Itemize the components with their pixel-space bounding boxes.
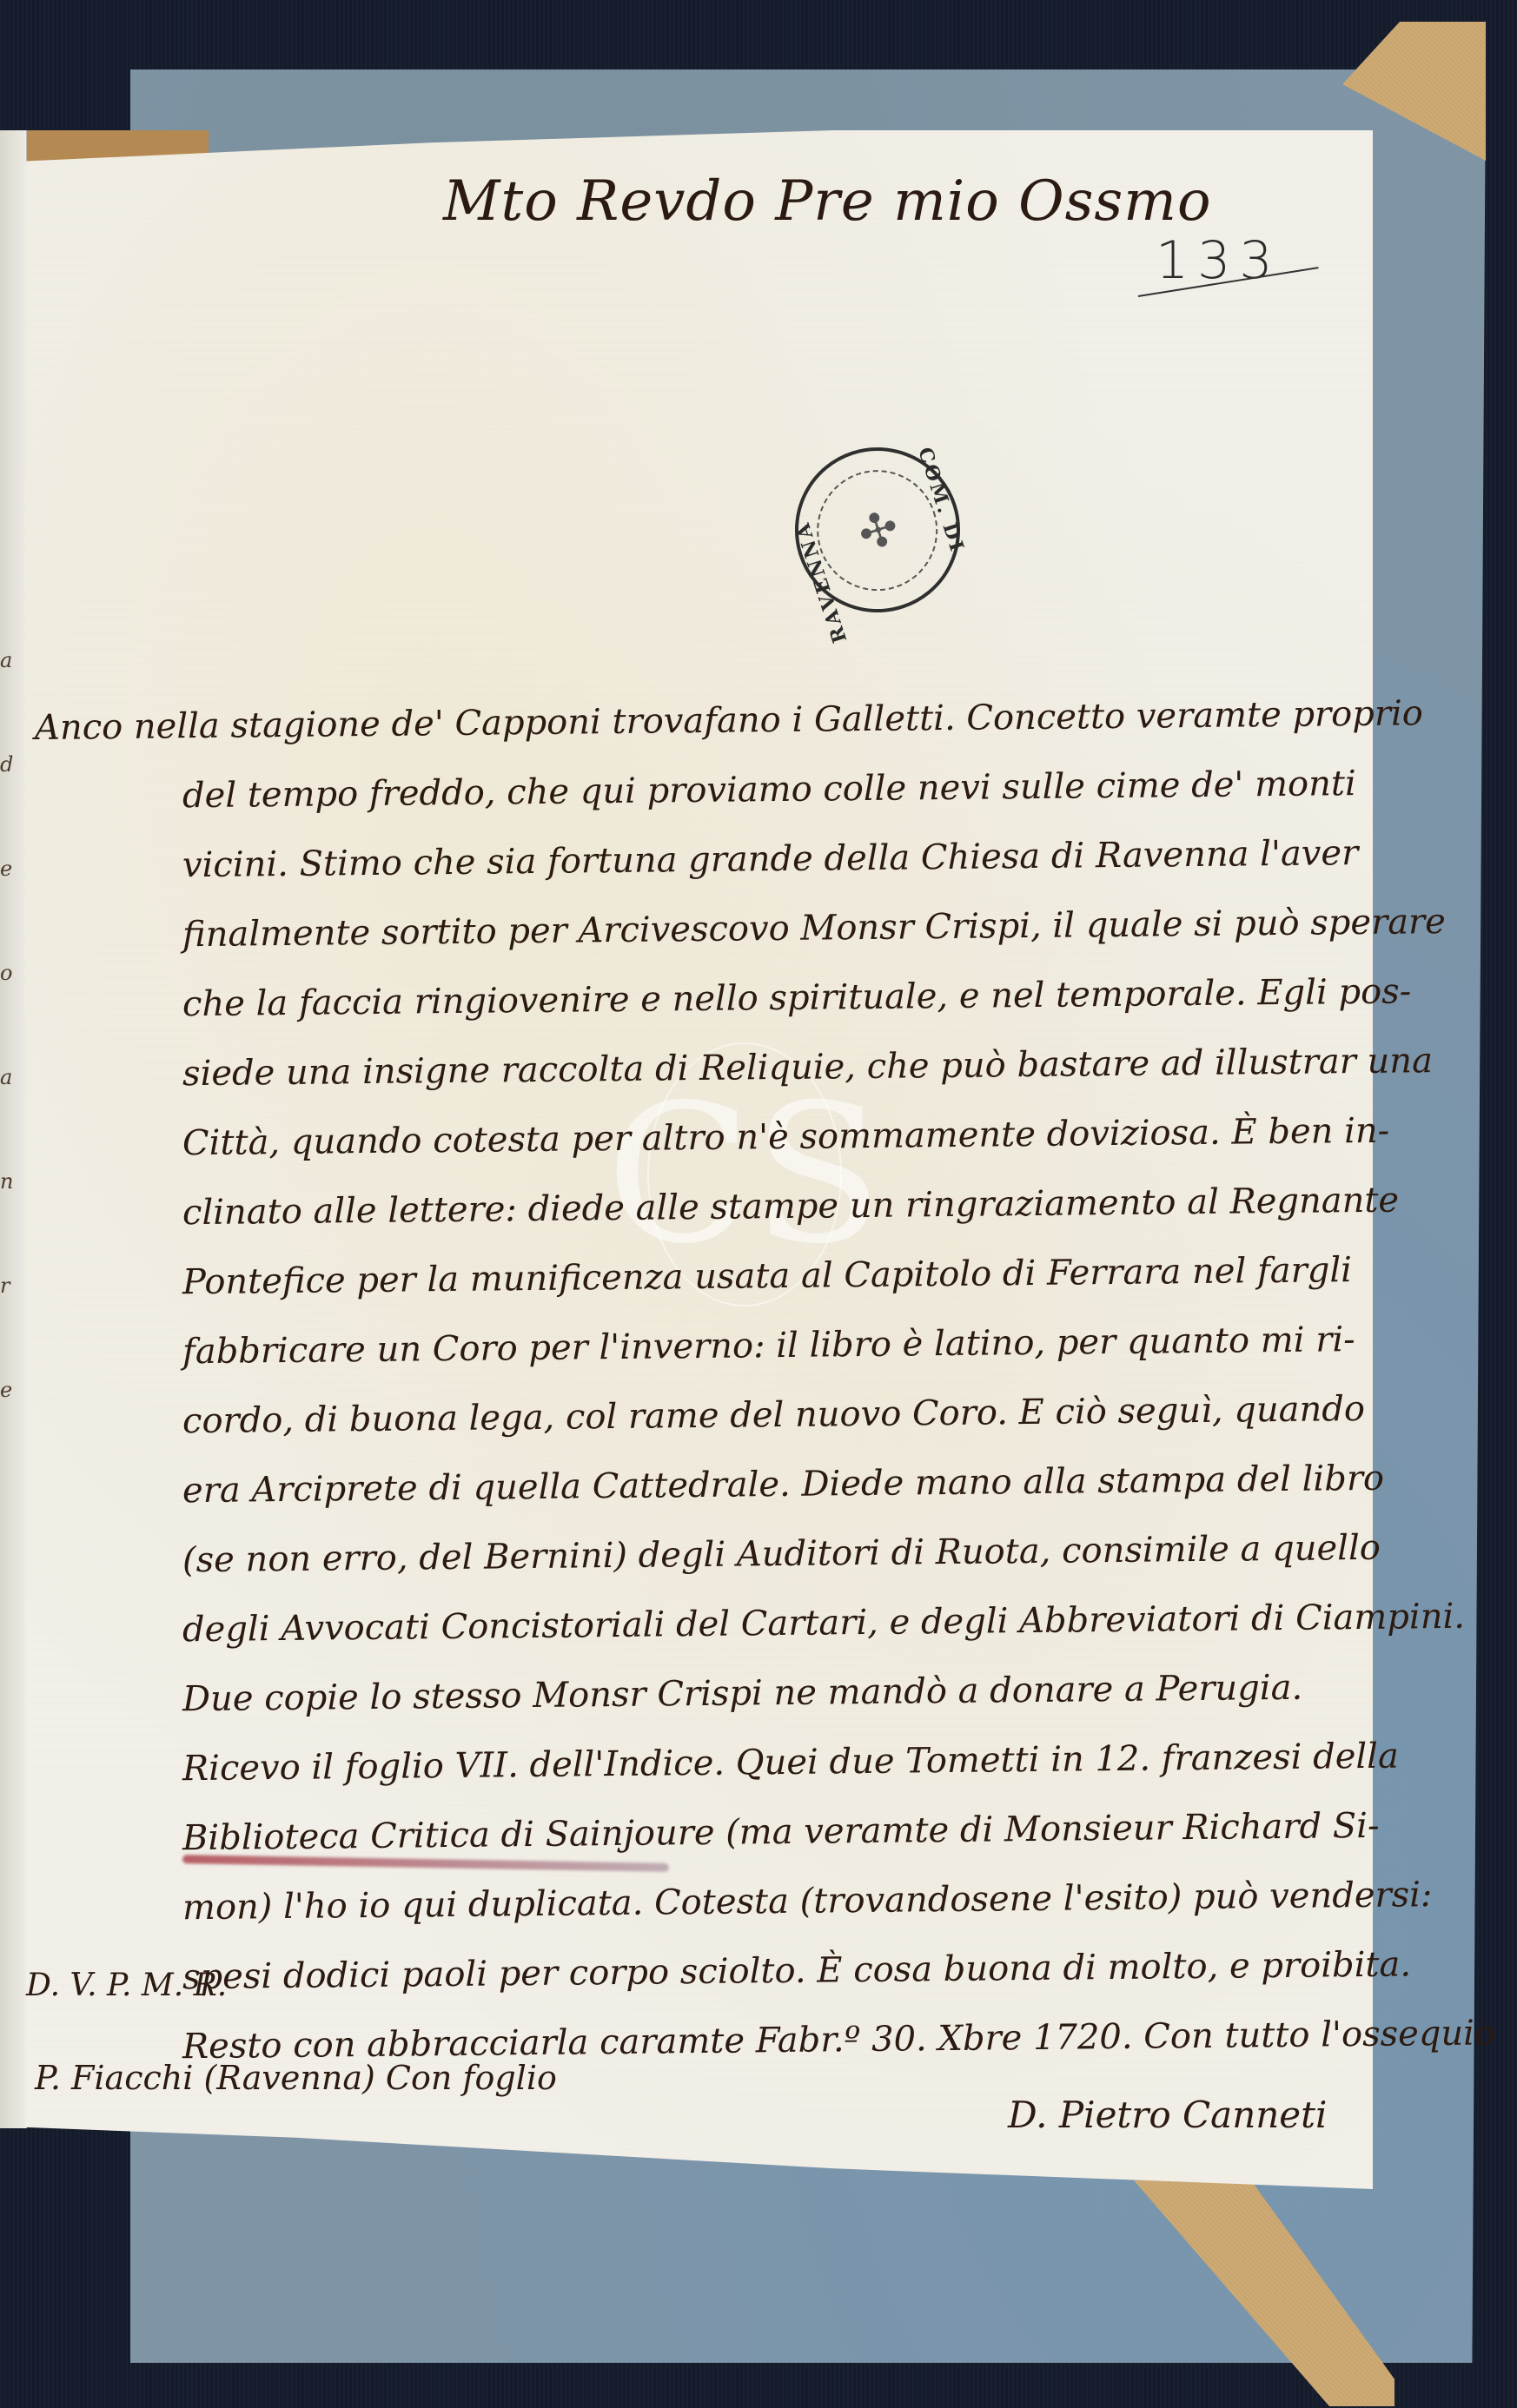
recipient-address: P. Fiacchi (Ravenna) Con foglio — [35, 2059, 557, 2097]
letter-body: Anco nella stagione de' Capponi trovafan… — [35, 686, 1364, 2076]
margin-note: D. V. P. M. R. — [26, 1963, 227, 2008]
previous-page-text-fragment: adeoanre — [0, 608, 24, 1442]
salutation-heading: Mto Revdo Pre mio Ossmo — [443, 169, 1211, 234]
signature: D. Pietro Canneti — [1008, 2094, 1327, 2136]
coat-of-arms-icon: ✣ — [845, 503, 910, 558]
